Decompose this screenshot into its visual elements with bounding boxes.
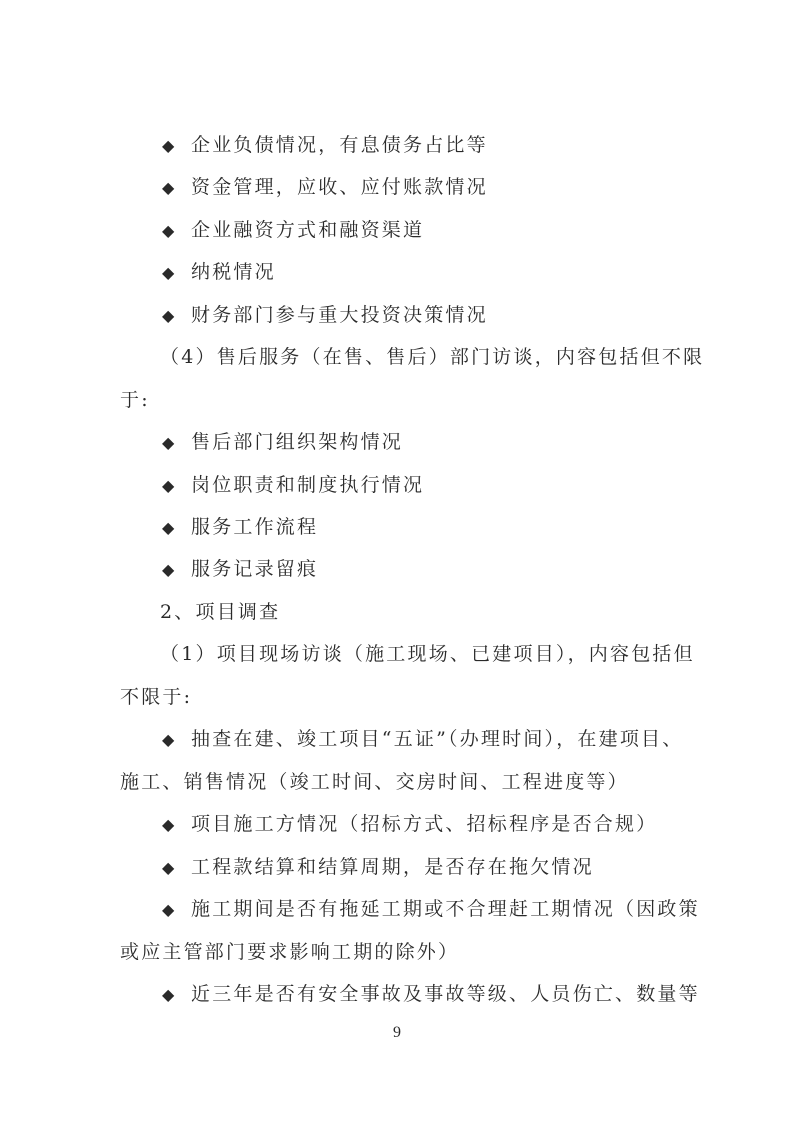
section-heading: （4）售后服务（在售、售后）部门访谈，内容包括但不限 — [160, 345, 704, 369]
section-heading: 2、项目调查 — [160, 600, 280, 624]
paragraph-continuation: 或应主管部门要求影响工期的除外） — [120, 940, 459, 964]
diamond-bullet-icon: ◆ — [162, 261, 191, 285]
bullet-item: ◆岗位职责和制度执行情况 — [162, 473, 424, 498]
diamond-bullet-icon: ◆ — [162, 728, 191, 752]
bullet-item: ◆施工期间是否有拖延工期或不合理赶工期情况（因政策 — [162, 897, 700, 922]
bullet-item: ◆财务部门参与重大投资决策情况 — [162, 303, 488, 328]
bullet-item: ◆近三年是否有安全事故及事故等级、人员伤亡、数量等 — [162, 982, 700, 1007]
bullet-item: ◆售后部门组织架构情况 — [162, 430, 403, 455]
bullet-item: ◆服务工作流程 — [162, 515, 318, 540]
paragraph-continuation: 施工、销售情况（竣工时间、交房时间、工程进度等） — [120, 770, 629, 794]
diamond-bullet-icon: ◆ — [162, 558, 191, 582]
paragraph-continuation: 不限于: — [120, 685, 192, 709]
bullet-item: ◆抽查在建、竣工项目“五证”（办理时间），在建项目、 — [162, 727, 683, 752]
diamond-bullet-icon: ◆ — [162, 304, 191, 328]
page-number: 9 — [0, 1024, 794, 1042]
diamond-bullet-icon: ◆ — [162, 813, 191, 837]
subsection-heading: （1）项目现场访谈（施工现场、已建项目），内容包括但 — [160, 642, 695, 666]
bullet-item: ◆企业融资方式和融资渠道 — [162, 218, 424, 243]
diamond-bullet-icon: ◆ — [162, 134, 191, 158]
bullet-item: ◆纳税情况 — [162, 260, 276, 285]
diamond-bullet-icon: ◆ — [162, 474, 191, 498]
bullet-item: ◆服务记录留痕 — [162, 557, 318, 582]
diamond-bullet-icon: ◆ — [162, 983, 191, 1007]
bullet-item: ◆企业负债情况，有息债务占比等 — [162, 133, 488, 158]
diamond-bullet-icon: ◆ — [162, 431, 191, 455]
bullet-item: ◆资金管理，应收、应付账款情况 — [162, 175, 488, 200]
diamond-bullet-icon: ◆ — [162, 176, 191, 200]
bullet-item: ◆工程款结算和结算周期，是否存在拖欠情况 — [162, 855, 594, 880]
paragraph-continuation: 于: — [120, 388, 150, 412]
bullet-item: ◆项目施工方情况（招标方式、招标程序是否合规） — [162, 812, 657, 837]
diamond-bullet-icon: ◆ — [162, 516, 191, 540]
diamond-bullet-icon: ◆ — [162, 856, 191, 880]
diamond-bullet-icon: ◆ — [162, 898, 191, 922]
diamond-bullet-icon: ◆ — [162, 219, 191, 243]
